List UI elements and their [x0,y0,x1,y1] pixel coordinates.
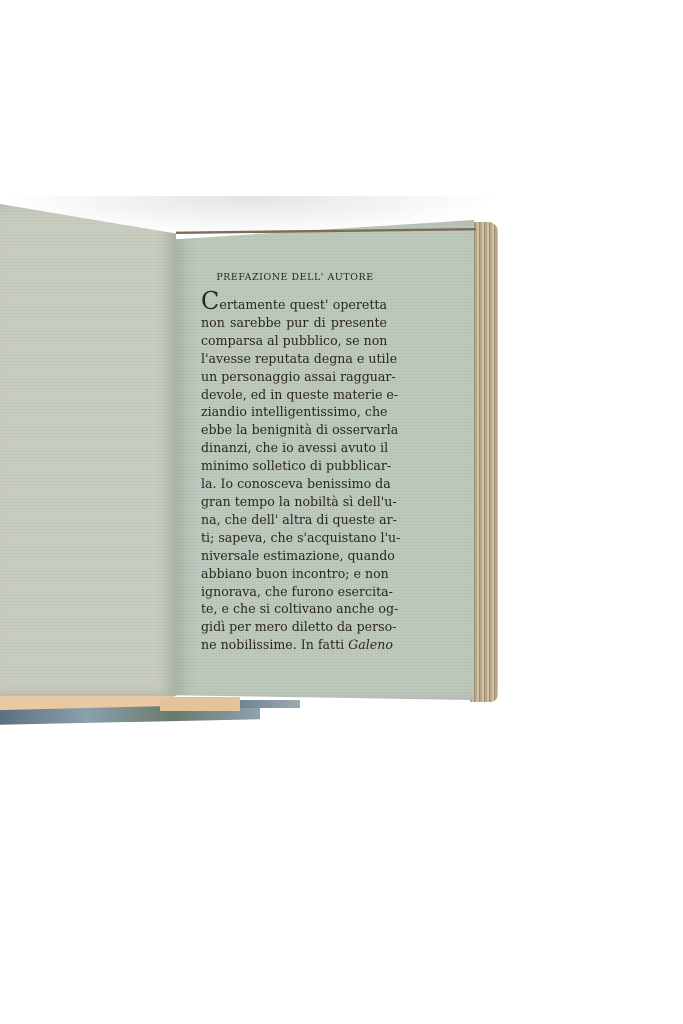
text-line-first: Certamente quest' operetta [201,293,387,314]
text-line: devole, ed in queste materie e- [201,386,387,404]
page-heading: PREFAZIONE DELL' AUTORE [203,272,387,283]
page-text: PREFAZIONE DELL' AUTORE Certamente quest… [201,272,387,654]
text-line: un personaggio assai ragguar- [201,368,387,386]
text-line: l'avesse reputata degna e utile [201,350,387,368]
left-page-blank [0,204,176,696]
text-line: te, e che si coltivano anche og- [201,600,387,618]
text-line: gidì per mero diletto da perso- [201,618,387,636]
text-line: la. Io conosceva benissimo da [201,475,387,493]
text-line: dinanzi, che io avessi avuto il [201,439,387,457]
text-line: niversale estimazione, quando [201,547,387,565]
text-line: na, che dell' altra di queste ar- [201,511,387,529]
spine-bottom-edge [160,697,240,711]
italic-name: Galeno [348,637,393,652]
text-line-last: ne nobilissime. In fatti Galeno [201,636,387,654]
text-line: non sarebbe pur di presente [201,314,387,332]
drop-cap: C [201,287,219,315]
fore-edge-pages [470,222,498,702]
text-line: comparsa al pubblico, se non [201,332,387,350]
text-line: ignorava, che furono esercita- [201,583,387,601]
text-line: minimo solletico di pubblicar- [201,457,387,475]
text-line: ziandio intelligentissimo, che [201,403,387,421]
text-line: abbiano buon incontro; e non [201,565,387,583]
photo-scene: PREFAZIONE DELL' AUTORE Certamente quest… [0,0,683,1024]
text-line: gran tempo la nobiltà sì dell'u- [201,493,387,511]
text-line: ti; sapeva, che s'acquistano l'u- [201,529,387,547]
marbled-cover-edge-right [238,700,300,708]
text-line: ebbe la benignità di osservarla [201,421,387,439]
